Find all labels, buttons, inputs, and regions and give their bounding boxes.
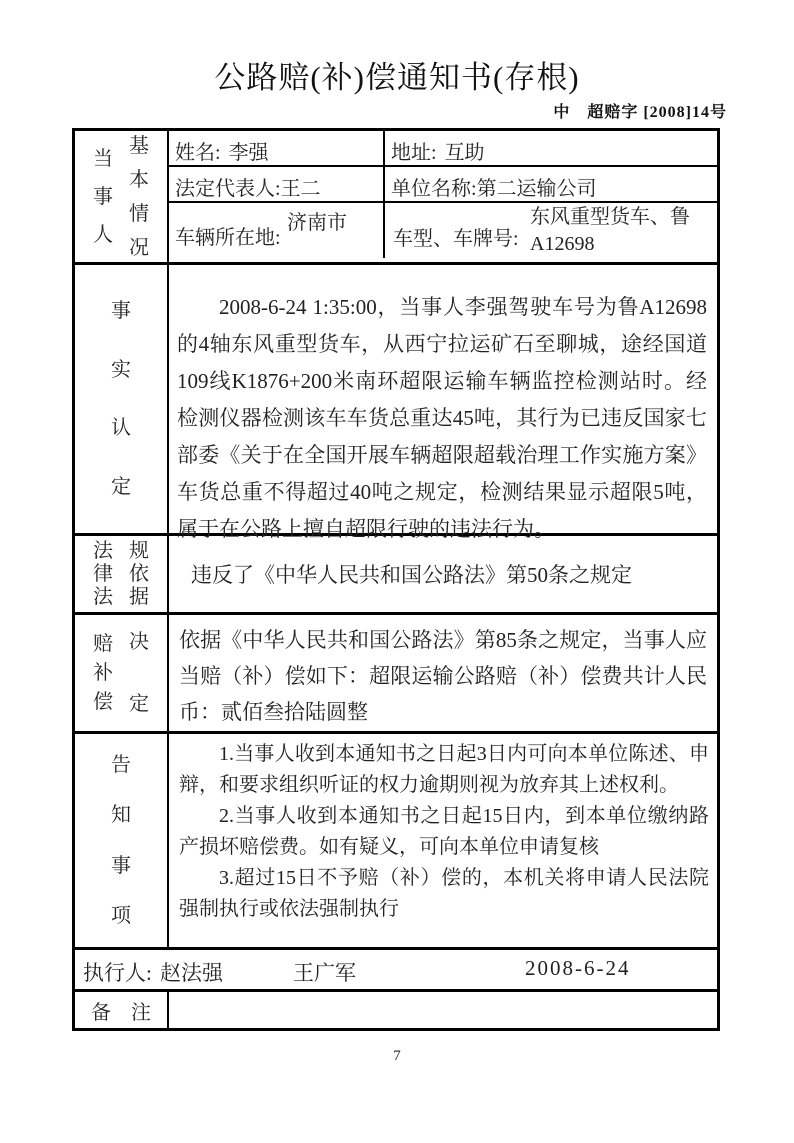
- vehicle-location-label: 车辆所在地:: [175, 221, 281, 250]
- name-label: 姓名:: [175, 142, 221, 164]
- vehicle-location-value: 济南市: [287, 206, 347, 235]
- party-row-1: 姓名:李强 地址:互助: [169, 131, 717, 167]
- legal-basis-text: 违反了《中华人民共和国公路法》第50条之规定: [169, 536, 717, 612]
- executor-label: 执行人:: [83, 957, 152, 987]
- section-remark: 备 注: [75, 989, 717, 1028]
- decision-text: 依据《中华人民共和国公路法》第85条之规定，当事人应当赔（补）偿如下：超限运输公…: [169, 615, 717, 730]
- notice-item-1: 1.当事人收到本通知书之日起3日内可向本单位陈述、申辩，和要求组织听证的权力逾期…: [179, 739, 709, 801]
- vehicle-type-field: 车型、车牌号: 东风重型货车、鲁A12698: [385, 203, 717, 258]
- page-title: 公路赔(补)偿通知书(存根): [0, 52, 794, 97]
- party-content: 姓名:李强 地址:互助 法定代表人:王二 单位名称:第二运输公司: [169, 131, 717, 262]
- facts-label-vertical: 事实认定: [111, 301, 131, 497]
- unit-name-field: 单位名称:第二运输公司: [385, 167, 717, 201]
- notice-label-vertical: 告知事项: [111, 755, 131, 927]
- address-value: 互助: [445, 142, 485, 164]
- name-field: 姓名:李强: [169, 131, 385, 165]
- notice-content: 1.当事人收到本通知书之日起3日内可向本单位陈述、申辩，和要求组织听证的权力逾期…: [169, 734, 717, 947]
- vehicle-type-label: 车型、车牌号:: [393, 222, 519, 251]
- remark-section-label: 备 注: [75, 992, 169, 1028]
- legal-section-label: 法律法 规依据: [75, 536, 169, 612]
- remark-label: 备 注: [91, 996, 151, 1025]
- section-decision: 赔补偿 决定 依据《中华人民共和国公路法》第85条之规定，当事人应当赔（补）偿如…: [75, 612, 717, 731]
- legal-rep-field: 法定代表人:王二: [169, 167, 385, 201]
- vehicle-type-value: 东风重型货车、鲁A12698: [530, 204, 715, 258]
- notice-form-table: 当事人 基本情况 姓名:李强 地址:互助 法定代表人:王二: [72, 128, 720, 1031]
- address-label: 地址:: [391, 142, 437, 164]
- party-label-col2: 基本情况: [129, 136, 149, 258]
- party-section-label: 当事人 基本情况: [75, 131, 169, 262]
- decision-label-columns: 赔补偿 决定: [93, 615, 149, 731]
- executor-name-2: 王广军: [293, 957, 356, 987]
- legal-rep-label: 法定代表人:: [175, 178, 281, 200]
- legal-rep-value: 王二: [281, 178, 321, 200]
- section-facts: 事实认定 2008-6-24 1:35:00，当事人李强驾驶车号为鲁A12698…: [75, 262, 717, 533]
- executor-name-1: 赵法强: [160, 957, 223, 987]
- remark-value-cell: [169, 992, 717, 1028]
- party-label-columns: 当事人 基本情况: [93, 131, 149, 262]
- section-notice: 告知事项 1.当事人收到本通知书之日起3日内可向本单位陈述、申辩，和要求组织听证…: [75, 731, 717, 947]
- executor-date: 2008-6-24: [525, 956, 631, 981]
- executor-row: 执行人: 赵法强 王广军 2008-6-24: [75, 950, 717, 989]
- legal-label-columns: 法律法 规依据: [93, 536, 149, 612]
- vehicle-location-field: 车辆所在地: 济南市: [169, 203, 385, 258]
- page-number: 7: [0, 1048, 794, 1065]
- party-row-3: 车辆所在地: 济南市 车型、车牌号: 东风重型货车、鲁A12698: [169, 203, 717, 258]
- legal-label-col2: 规依据: [129, 541, 149, 607]
- address-field: 地址:互助: [385, 131, 717, 165]
- notice-item-2: 2.当事人收到本通知书之日起15日内，到本单位缴纳路产损坏赔偿费。如有疑义，可向…: [179, 801, 709, 863]
- party-row-2: 法定代表人:王二 单位名称:第二运输公司: [169, 167, 717, 203]
- section-legal-basis: 法律法 规依据 违反了《中华人民共和国公路法》第50条之规定: [75, 533, 717, 612]
- name-value: 李强: [229, 142, 269, 164]
- decision-label-col1: 赔补偿: [93, 634, 113, 712]
- legal-content: 违反了《中华人民共和国公路法》第50条之规定: [169, 536, 717, 612]
- section-executor: 执行人: 赵法强 王广军 2008-6-24: [75, 947, 717, 989]
- doc-number: 中 超赔字 [2008]14号: [72, 99, 727, 122]
- facts-content: 2008-6-24 1:35:00，当事人李强驾驶车号为鲁A12698的4轴东风…: [169, 265, 717, 533]
- decision-label-col2: 决定: [129, 632, 149, 714]
- unit-name-label: 单位名称:: [391, 178, 477, 200]
- notice-item-3: 3.超过15日不予赔（补）偿的，本机关将申请人民法院强制执行或依法强制执行: [179, 863, 709, 925]
- legal-label-col1: 法律法: [93, 541, 113, 607]
- decision-content: 依据《中华人民共和国公路法》第85条之规定，当事人应当赔（补）偿如下：超限运输公…: [169, 615, 717, 731]
- document-page: 公路赔(补)偿通知书(存根) 中 超赔字 [2008]14号 当事人 基本情况 …: [0, 0, 794, 1143]
- unit-name-value: 第二运输公司: [477, 178, 597, 200]
- notice-items: 1.当事人收到本通知书之日起3日内可向本单位陈述、申辩，和要求组织听证的权力逾期…: [169, 734, 717, 925]
- party-label-col1: 当事人: [93, 149, 113, 245]
- decision-section-label: 赔补偿 决定: [75, 615, 169, 731]
- notice-section-label: 告知事项: [75, 734, 169, 947]
- facts-section-label: 事实认定: [75, 265, 169, 533]
- section-party-info: 当事人 基本情况 姓名:李强 地址:互助 法定代表人:王二: [75, 131, 717, 262]
- facts-text: 2008-6-24 1:35:00，当事人李强驾驶车号为鲁A12698的4轴东风…: [169, 265, 717, 548]
